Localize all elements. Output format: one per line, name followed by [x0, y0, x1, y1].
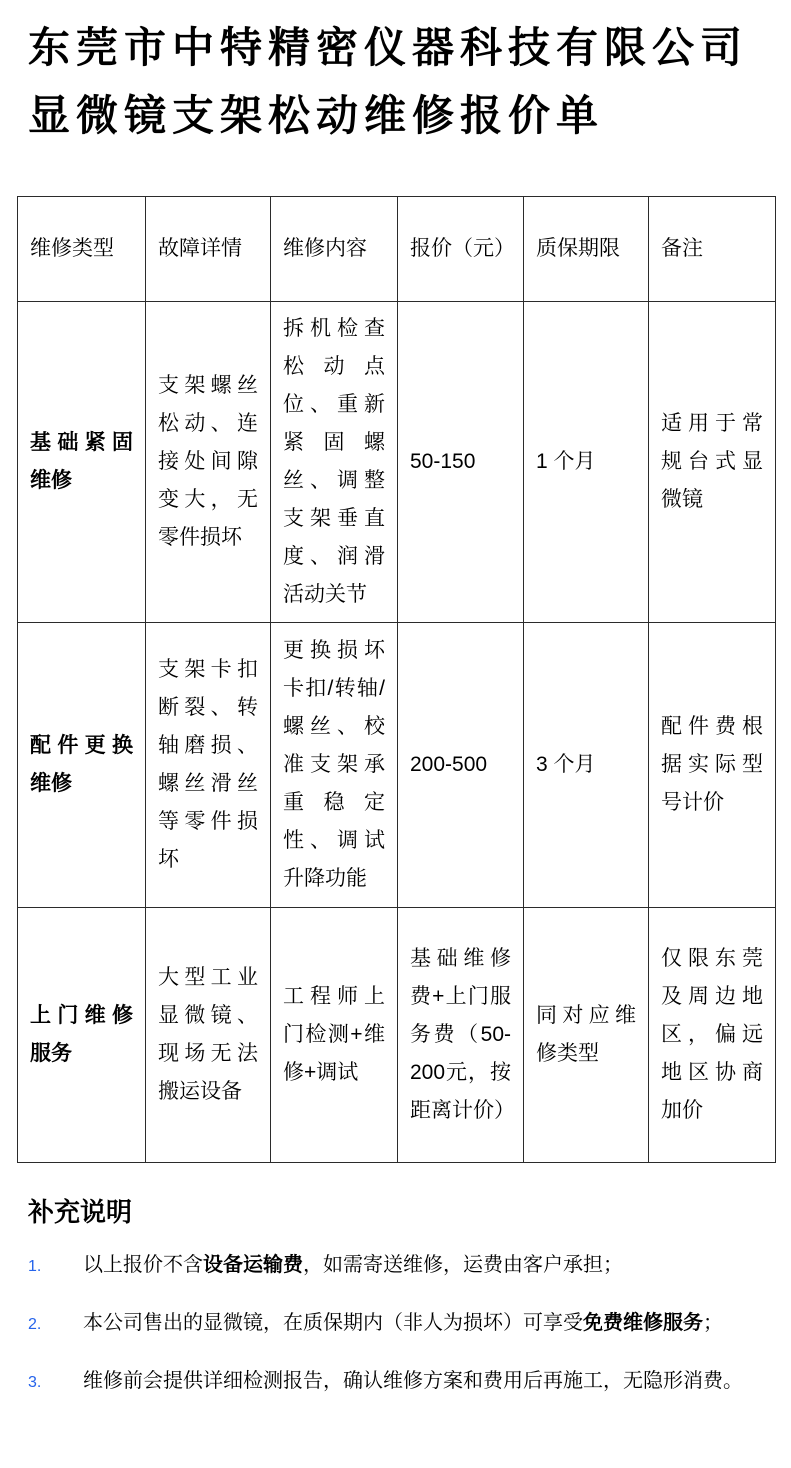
- header-warranty-period: 质保期限: [524, 197, 649, 302]
- header-fault-detail: 故障详情: [146, 197, 271, 302]
- cell-repair-type: 上门维修服务: [18, 908, 146, 1163]
- cell-remark: 适用于常规台式显微镜: [649, 302, 776, 623]
- header-price-yuan: 报价（元）: [398, 197, 524, 302]
- note-text-segment: ，如需寄送维修，运费由客户承担；: [303, 1254, 623, 1276]
- cell-repair-type: 基础紧固维修: [18, 302, 146, 623]
- cell-repair-type: 配件更换维修: [18, 623, 146, 908]
- cell-price: 200-500: [398, 623, 524, 908]
- note-text: 维修前会提供详细检测报告，确认维修方案和费用后再施工，无隐形消费。: [83, 1370, 743, 1392]
- note-text-segment: 本公司售出的显微镜，在质保期内（非人为损坏）可享受: [83, 1312, 583, 1334]
- table-row-onsite-service: 上门维修服务 大型工业显微镜、现场无法搬运设备 工程师上门检测+维修+调试 基础…: [18, 908, 776, 1163]
- table-row-basic-tightening: 基础紧固维修 支架螺丝松动、连接处间隙变大，无零件损坏 拆机检查松动点位、重新紧…: [18, 302, 776, 623]
- cell-price: 基础维修费+上门服务费（50-200元，按距离计价）: [398, 908, 524, 1163]
- note-text: 以上报价不含设备运输费，如需寄送维修，运费由客户承担；: [83, 1254, 623, 1276]
- cell-repair-content: 工程师上门检测+维修+调试: [271, 908, 398, 1163]
- page-title-line2: 显微镜支架松动维修报价单: [28, 92, 604, 139]
- note-number: 1.: [28, 1244, 83, 1289]
- header-repair-content: 维修内容: [271, 197, 398, 302]
- note-number: 2.: [28, 1302, 83, 1347]
- cell-fault-detail: 支架螺丝松动、连接处间隙变大，无零件损坏: [146, 302, 271, 623]
- cell-price: 50-150: [398, 302, 524, 623]
- note-text-segment: 以上报价不含: [83, 1254, 203, 1276]
- document-page: 东莞市中特精密仪器科技有限公司显微镜支架松动维修报价单 维修类型 故障详情 维修…: [0, 0, 791, 1468]
- table-row-parts-replacement: 配件更换维修 支架卡扣断裂、转轴磨损、螺丝滑丝等零件损坏 更换损坏卡扣/转轴/螺…: [18, 623, 776, 908]
- quote-table: 维修类型 故障详情 维修内容 报价（元） 质保期限 备注 基础紧固维修 支架螺丝…: [17, 196, 776, 1163]
- cell-warranty: 1 个月: [524, 302, 649, 623]
- note-text-segment: 维修前会提供详细检测报告，确认维修方案和费用后再施工，无隐形消费。: [83, 1370, 743, 1392]
- note-text-segment: 免费维修服务: [583, 1312, 703, 1334]
- note-text-segment: ；: [703, 1312, 723, 1334]
- page-title: 东莞市中特精密仪器科技有限公司显微镜支架松动维修报价单: [28, 14, 763, 150]
- note-item-2: 2.本公司售出的显微镜，在质保期内（非人为损坏）可享受免费维修服务；: [28, 1301, 763, 1347]
- cell-repair-content: 拆机检查松动点位、重新紧固螺丝、调整支架垂直度、润滑活动关节: [271, 302, 398, 623]
- note-item-1: 1.以上报价不含设备运输费，如需寄送维修，运费由客户承担；: [28, 1243, 763, 1289]
- note-number: 3.: [28, 1360, 83, 1405]
- note-text-segment: 设备运输费: [203, 1254, 303, 1276]
- cell-warranty: 同对应维修类型: [524, 908, 649, 1163]
- cell-fault-detail: 大型工业显微镜、现场无法搬运设备: [146, 908, 271, 1163]
- cell-repair-content: 更换损坏卡扣/转轴/螺丝、校准支架承重稳定性、调试升降功能: [271, 623, 398, 908]
- cell-warranty: 3 个月: [524, 623, 649, 908]
- table-header-row: 维修类型 故障详情 维修内容 报价（元） 质保期限 备注: [18, 197, 776, 302]
- cell-fault-detail: 支架卡扣断裂、转轴磨损、螺丝滑丝等零件损坏: [146, 623, 271, 908]
- cell-remark: 仅限东莞及周边地区，偏远地区协商加价: [649, 908, 776, 1163]
- note-item-3: 3.维修前会提供详细检测报告，确认维修方案和费用后再施工，无隐形消费。: [28, 1359, 763, 1405]
- header-repair-type: 维修类型: [18, 197, 146, 302]
- cell-remark: 配件费根据实际型号计价: [649, 623, 776, 908]
- page-title-line1: 东莞市中特精密仪器科技有限公司: [28, 24, 748, 71]
- notes-heading: 补充说明: [28, 1195, 763, 1229]
- header-remark: 备注: [649, 197, 776, 302]
- note-text: 本公司售出的显微镜，在质保期内（非人为损坏）可享受免费维修服务；: [83, 1312, 723, 1334]
